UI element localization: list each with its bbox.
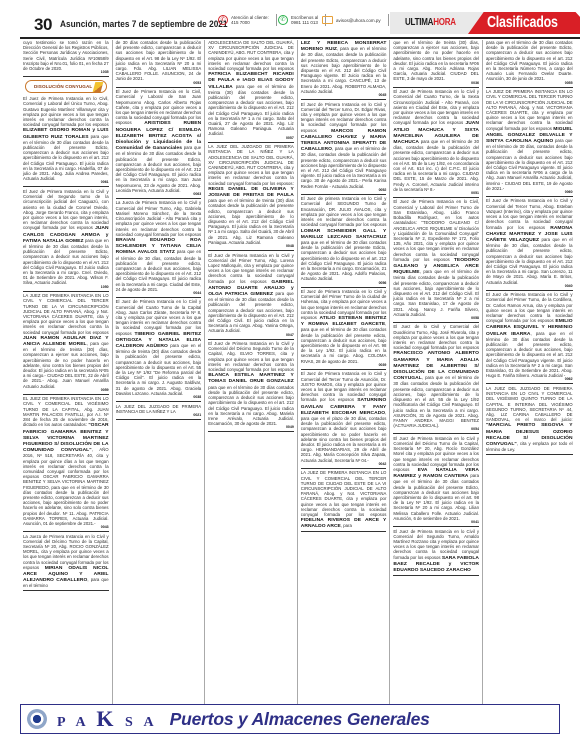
- notice-body: LA JUEZ DE PRIMERA INSTANCIA EN LO CIVIL…: [23, 293, 109, 334]
- legal-notice: LA JUEZ DE PRIMERA INSTANCIA EN LO CIVIL…: [301, 470, 387, 532]
- notice-code: 0038: [116, 396, 202, 400]
- notice-code: 0052: [301, 189, 387, 193]
- legal-notice: El Juez de Primera Instancia en lo Civil…: [208, 253, 294, 340]
- legal-notice: El Juez de Primera Instancia en lo Civil…: [301, 371, 387, 468]
- whatsapp-icon: ✆: [278, 15, 288, 25]
- legal-notice: LA JUEZ DEL JUZGADO DE PRIMERA INSTANCIA…: [208, 144, 294, 251]
- notice-tail: para que en el término de treinta (30) d…: [208, 84, 294, 137]
- notice-body: LA JUEZ DEL JUZGADO DE PRIMERA INSTANCIA…: [116, 404, 202, 414]
- legal-notice: El Juez de lo Civil y Comercial del Duod…: [393, 324, 479, 434]
- notice-code: 0051: [393, 192, 479, 196]
- notice-tail: para que en el término de 30 días contad…: [23, 134, 109, 182]
- notice-tail: , para que en el término de treinta días…: [393, 269, 479, 317]
- notice-tail: , para que en el término de 30 días cont…: [301, 321, 387, 363]
- notice-code: 0063: [116, 193, 202, 197]
- notice-code: 0045: [301, 94, 387, 98]
- pencil-icon: [92, 82, 103, 92]
- notice-tail: para que en el término de 30 días contad…: [301, 240, 387, 281]
- notice-code: 0049: [208, 426, 294, 430]
- notice-code: 0058: [393, 317, 479, 321]
- notice-tail: para que en el término de 30 días contad…: [23, 238, 109, 286]
- section-header-disolucion-conyugal: DISOLUCIÓN CONYUGAL: [25, 80, 107, 93]
- legal-notice: ADOLESCENCIA DE SALTO DEL GUAIRÁ, XV CIR…: [208, 40, 294, 143]
- notice-body: La Jueza de Primera Instancia en lo Civi…: [116, 200, 202, 236]
- notice-body: El Juez de Primera Instancia en lo Civil…: [23, 96, 109, 127]
- notice-tail: , para que en el término de 30 días cont…: [393, 375, 479, 428]
- contact-email: avisos@uhora.com.py: [336, 18, 381, 23]
- contact-value: 415 7000: [231, 20, 269, 25]
- notice-code: 0056: [301, 282, 387, 286]
- paksa-tagline: Puertos y Almacenes Generales: [170, 709, 430, 730]
- notice-code: 0042: [301, 463, 387, 467]
- legal-notice: El Juez de Primera Instancia en lo Civil…: [393, 436, 479, 527]
- legal-notice: El Juez de Primera Instancia en lo Civil…: [301, 289, 387, 370]
- legal-notice: El Juez de Primera Instancia en lo Civil…: [23, 96, 109, 187]
- notice-body: La Jueza de Primera Instancia en lo Civi…: [23, 534, 109, 570]
- section-header-label: DISOLUCIÓN CONYUGAL: [34, 84, 92, 89]
- legal-notice: El Juez de Primera Instancia en lo Civil…: [301, 102, 387, 195]
- notice-body: LA JUEZ DEL JUZGADO DE PRIMERA INSTANCIA…: [486, 386, 573, 422]
- legal-notice: El Juez de Primera Instancia en lo Civil…: [486, 292, 573, 384]
- legal-notice: LEZ Y REBECA MONSERRAT MORENO RUIZ, para…: [301, 40, 387, 100]
- notice-code: 0039: [301, 364, 387, 368]
- legal-notice: La Jueza de Primera Instancia en lo Civi…: [116, 200, 202, 297]
- notice-body: cuyo testimonio se tomó razón en la Dire…: [23, 40, 109, 71]
- paksa-advertisement: P A K S A Puertos y Almacenes Generales: [20, 704, 560, 734]
- divider: [276, 14, 277, 26]
- notice-code: 0059: [23, 389, 109, 393]
- notice-code: 0057: [208, 137, 294, 141]
- contact-value: 0981 111 013: [291, 20, 318, 25]
- legal-notice: El Juez de Primera Instancia en lo Civil…: [393, 529, 479, 576]
- notice-body: El Juez de lo Civil y Comercial del Duod…: [393, 324, 479, 350]
- legal-notice: El Juez de Primera Instancia en lo Civil…: [208, 341, 294, 432]
- notice-tail: para que en el término de treinta (30) d…: [208, 198, 294, 245]
- notice-tail: para que en el término de 30 días, conta…: [486, 237, 573, 285]
- notice-code: 0047: [208, 334, 294, 338]
- notice-code: 0055: [486, 82, 573, 86]
- column-1: cuyo testimonio se tomó razón en la Dire…: [20, 40, 113, 704]
- legal-notice: El Juez de Primera Instancia en lo Civil…: [486, 198, 573, 290]
- notice-body: de 30 días contados desde la publicación…: [116, 40, 202, 81]
- notice-tail: para que en el término de treinta (30) d…: [116, 343, 202, 396]
- party-names: LOIMAR SCHNEIDER GALL Y MARILUZ LEZCANO …: [301, 229, 387, 240]
- phone-icon: ✆: [218, 15, 228, 25]
- notice-code: 0041: [393, 521, 479, 525]
- legal-notice: El Juez de Primera Instancia en lo Civil…: [23, 189, 109, 292]
- notice-tail: para que en el término de 30 días, conta…: [486, 138, 573, 191]
- notice-code: 0021: [116, 414, 202, 418]
- notice-code: 1035: [23, 71, 109, 75]
- legal-notice: El Juez de primera Instancia en lo Civil…: [301, 196, 387, 287]
- notice-tail: para que en el término de 30 días, conta…: [116, 249, 202, 291]
- legal-notice: LA JUEZ DE PRIMERA INSTANCIA EN LO CIVIL…: [486, 89, 573, 197]
- dateline: Asunción, martes 7 de septiembre de 2021: [60, 19, 228, 29]
- notice-code: 0060: [486, 191, 573, 195]
- notice-tail: para que en el término de 30 días contad…: [208, 291, 294, 333]
- column-4: LEZ Y REBECA MONSERRAT MORENO RUIZ, para…: [298, 40, 391, 704]
- column-2: de 30 días contados desde la publicación…: [113, 40, 206, 704]
- whatsapp-contact: ✆ Escríbenos al 0981 111 013: [278, 14, 326, 26]
- notice-body: El Juez de Primera Instancia en lo Civil…: [116, 89, 202, 125]
- notice-code: 0061: [23, 181, 109, 185]
- notice-body: LA JUEZ DE PRIMERA INSTANCIA EN LO CIVIL…: [486, 89, 573, 130]
- notice-code: 0043: [23, 526, 109, 530]
- notice-body: que en el término de treinta (30) días, …: [393, 40, 479, 81]
- legal-notice: LA JUEZ DE PRIMERA INSTANCIA EN LO CIVIL…: [23, 293, 109, 395]
- notice-code: 0036: [393, 82, 479, 86]
- notice-body: El Juez de Primera Instancia en lo Civil…: [393, 436, 479, 472]
- legal-notice: para que en el término de 30 días contad…: [486, 40, 573, 88]
- notice-tail: para que en el término de 30 días contad…: [208, 385, 294, 426]
- notice-body: LA JUEZ DE PRIMERA INSTANCIA EN LO CIVIL…: [301, 470, 387, 517]
- notice-tail: , para que en el plazo de 30 días, conta…: [301, 410, 387, 463]
- column-3: ADOLESCENCIA DE SALTO DEL GUAIRÁ, XV CIR…: [205, 40, 298, 704]
- paksa-seal-icon: [27, 709, 47, 729]
- notice-body: El Juez de Primera Instancia en lo Civil…: [116, 299, 202, 335]
- legal-notice: El Juez de Primera Instancia en lo Civil…: [116, 299, 202, 402]
- notice-tail: para que en el término de 30 días, conta…: [393, 139, 479, 192]
- email-contact: avisos@uhora.com.py: [322, 14, 389, 26]
- legal-notice: que en el término de treinta (30) días, …: [393, 40, 479, 88]
- notice-tail: , para que en el término de 30 días cont…: [486, 331, 573, 379]
- paksa-brand: P A K S A: [57, 706, 158, 732]
- notice-code: 0040: [486, 285, 573, 289]
- notice-tail: , AÑO 2016, Nº 518, SECRETARÍA 40, cita …: [23, 447, 109, 526]
- page-number: 30: [34, 15, 52, 35]
- notice-body: ADOLESCENCIA DE SALTO DEL GUAIRÁ, XV CIR…: [208, 40, 294, 71]
- notice-tail: , para que en el término de 30 días, con…: [301, 46, 387, 94]
- notice-tail: , para que en el término de treinta (30)…: [23, 341, 109, 389]
- notice-code: 1050: [23, 286, 109, 290]
- notice-body: El Juez de Primera Instancia en lo Civil…: [208, 341, 294, 372]
- notice-body: LA JUEZ DEL JUZGADO DE PRIMERA INSTANCIA…: [208, 144, 294, 185]
- notice-code: 0054: [393, 428, 479, 432]
- notice-body: El Juez de primera Instancia en lo Civil…: [301, 196, 387, 227]
- party-names: BLANCA ESTELA MARTINEZ Y TOMAS DANIEL OR…: [208, 373, 294, 384]
- divider: [388, 14, 389, 26]
- section-title: Clasificados: [487, 14, 558, 32]
- envelope-icon: [322, 16, 333, 24]
- notice-body: El Juez de Primera Instancia en lo Civil…: [23, 189, 109, 230]
- legal-notice: La Jueza de Primera Instancia en lo Civi…: [23, 534, 109, 592]
- header-rule: [20, 37, 580, 39]
- legal-notice: EL JUEZ DE PRIMERA INSTANCIA EN LO CIVIL…: [23, 396, 109, 532]
- notice-tail: , para que en el término de 30 días, con…: [301, 146, 387, 188]
- notice-body: El Juez de Primera Instancia en lo Civil…: [393, 89, 479, 125]
- notice-tail: para que en el término de 30 días contad…: [116, 145, 202, 193]
- legal-notice: El Juez de Primera Instancia en lo Civil…: [393, 199, 479, 322]
- notice-code: 0044: [116, 292, 202, 296]
- newspaper-logo: ULTIMAHORA: [405, 17, 456, 28]
- column-5: que en el término de treinta (30) días, …: [390, 40, 483, 704]
- legal-notice: El Juez de Primera Instancia en lo Civil…: [116, 89, 202, 199]
- notice-body: para que en el término de 30 días contad…: [486, 40, 573, 81]
- notice-body: El Juez de Primera Instancia en lo Civil…: [393, 199, 479, 261]
- notice-code: 0062: [486, 378, 573, 382]
- legal-notice: El Juez de Primera Instancia en lo Civil…: [393, 89, 479, 198]
- classified-columns: cuyo testimonio se tomó razón en la Dire…: [20, 40, 576, 704]
- legal-notice: LA JUEZ DEL JUZGADO DE PRIMERA INSTANCIA…: [486, 386, 573, 455]
- legal-notice: de 30 días contados desde la publicación…: [116, 40, 202, 88]
- legal-notice: LA JUEZ DEL JUZGADO DE PRIMERA INSTANCIA…: [116, 404, 202, 420]
- page-header: 30 Asunción, martes 7 de septiembre de 2…: [0, 0, 580, 36]
- notice-code: 0053: [116, 82, 202, 86]
- notice-tail: , para: [341, 523, 352, 528]
- notice-code: 0048: [208, 245, 294, 249]
- customer-service-contact: ✆ Atención al cliente: 415 7000: [218, 14, 277, 26]
- notice-tail: para que en el término de 30 días contad…: [393, 473, 479, 521]
- legal-notice: cuyo testimonio se tomó razón en la Dire…: [23, 40, 109, 77]
- party-names: REGIS DANIEL DE OLIVEIRA Y JOSIANE DE FR…: [208, 187, 294, 198]
- column-6: para que en el término de 30 días contad…: [483, 40, 576, 704]
